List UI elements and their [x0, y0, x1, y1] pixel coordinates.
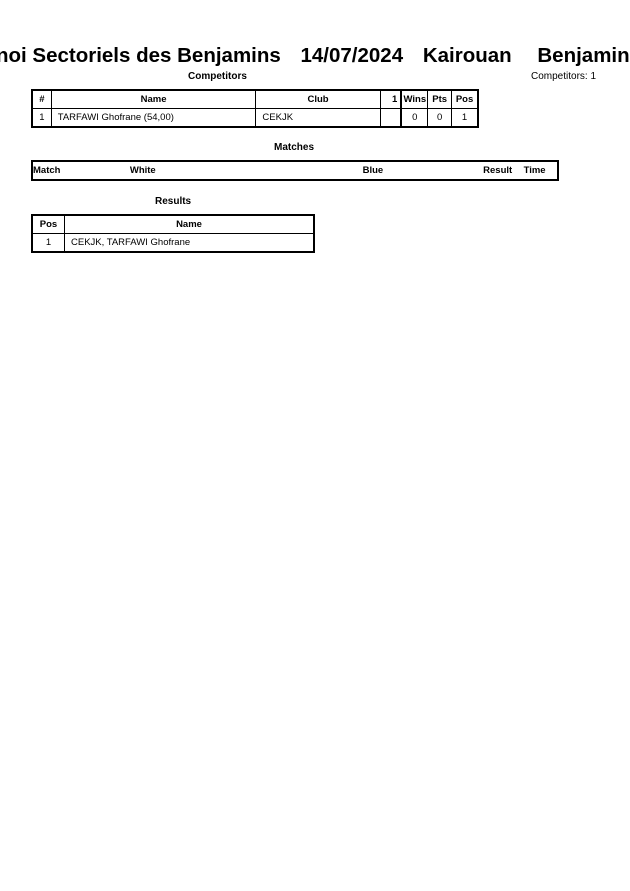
col-pts: Pts [428, 90, 452, 109]
page-title: rnoi Sectoriels des Benjamins 14/07/2024… [0, 44, 630, 68]
cell-wins: 0 [401, 109, 427, 128]
col-club: Club [256, 90, 380, 109]
title-date: 14/07/2024 [301, 44, 404, 67]
table-header-row: # Name Club 1 Wins Pts Pos [32, 90, 478, 109]
cell-round-1 [380, 109, 401, 128]
col-num: # [32, 90, 51, 109]
competitors-count: Competitors: 1 [531, 71, 596, 82]
matches-table: Match White Blue Result Time [31, 160, 559, 181]
col-time: Time [512, 161, 558, 180]
table-row: 1 CEKJK, TARFAWI Ghofrane [32, 234, 314, 253]
cell-name: CEKJK, TARFAWI Ghofrane [65, 234, 315, 253]
results-heading: Results [155, 196, 191, 207]
col-pos: Pos [32, 215, 65, 234]
col-name: Name [65, 215, 315, 234]
col-white: White [61, 161, 225, 180]
cell-pts: 0 [428, 109, 452, 128]
cell-club: CEKJK [256, 109, 380, 128]
table-header-row: Pos Name [32, 215, 314, 234]
col-result: Result [383, 161, 512, 180]
competitors-table: # Name Club 1 Wins Pts Pos 1 TARFAWI Gho… [31, 89, 479, 128]
competitors-heading: Competitors [188, 71, 247, 82]
matches-heading: Matches [274, 142, 314, 153]
title-category: Benjamines [537, 44, 630, 67]
col-wins: Wins [401, 90, 427, 109]
cell-name: TARFAWI Ghofrane (54,00) [51, 109, 256, 128]
col-name: Name [51, 90, 256, 109]
col-pos: Pos [452, 90, 478, 109]
table-row: 1 TARFAWI Ghofrane (54,00) CEKJK 0 0 1 [32, 109, 478, 128]
cell-pos: 1 [452, 109, 478, 128]
col-blue: Blue [225, 161, 384, 180]
title-event: rnoi Sectoriels des Benjamins [0, 44, 281, 67]
col-round-1: 1 [380, 90, 401, 109]
table-header-row: Match White Blue Result Time [32, 161, 558, 180]
col-match: Match [32, 161, 61, 180]
cell-num: 1 [32, 109, 51, 128]
cell-pos: 1 [32, 234, 65, 253]
title-location: Kairouan [423, 44, 512, 67]
results-table: Pos Name 1 CEKJK, TARFAWI Ghofrane [31, 214, 315, 253]
